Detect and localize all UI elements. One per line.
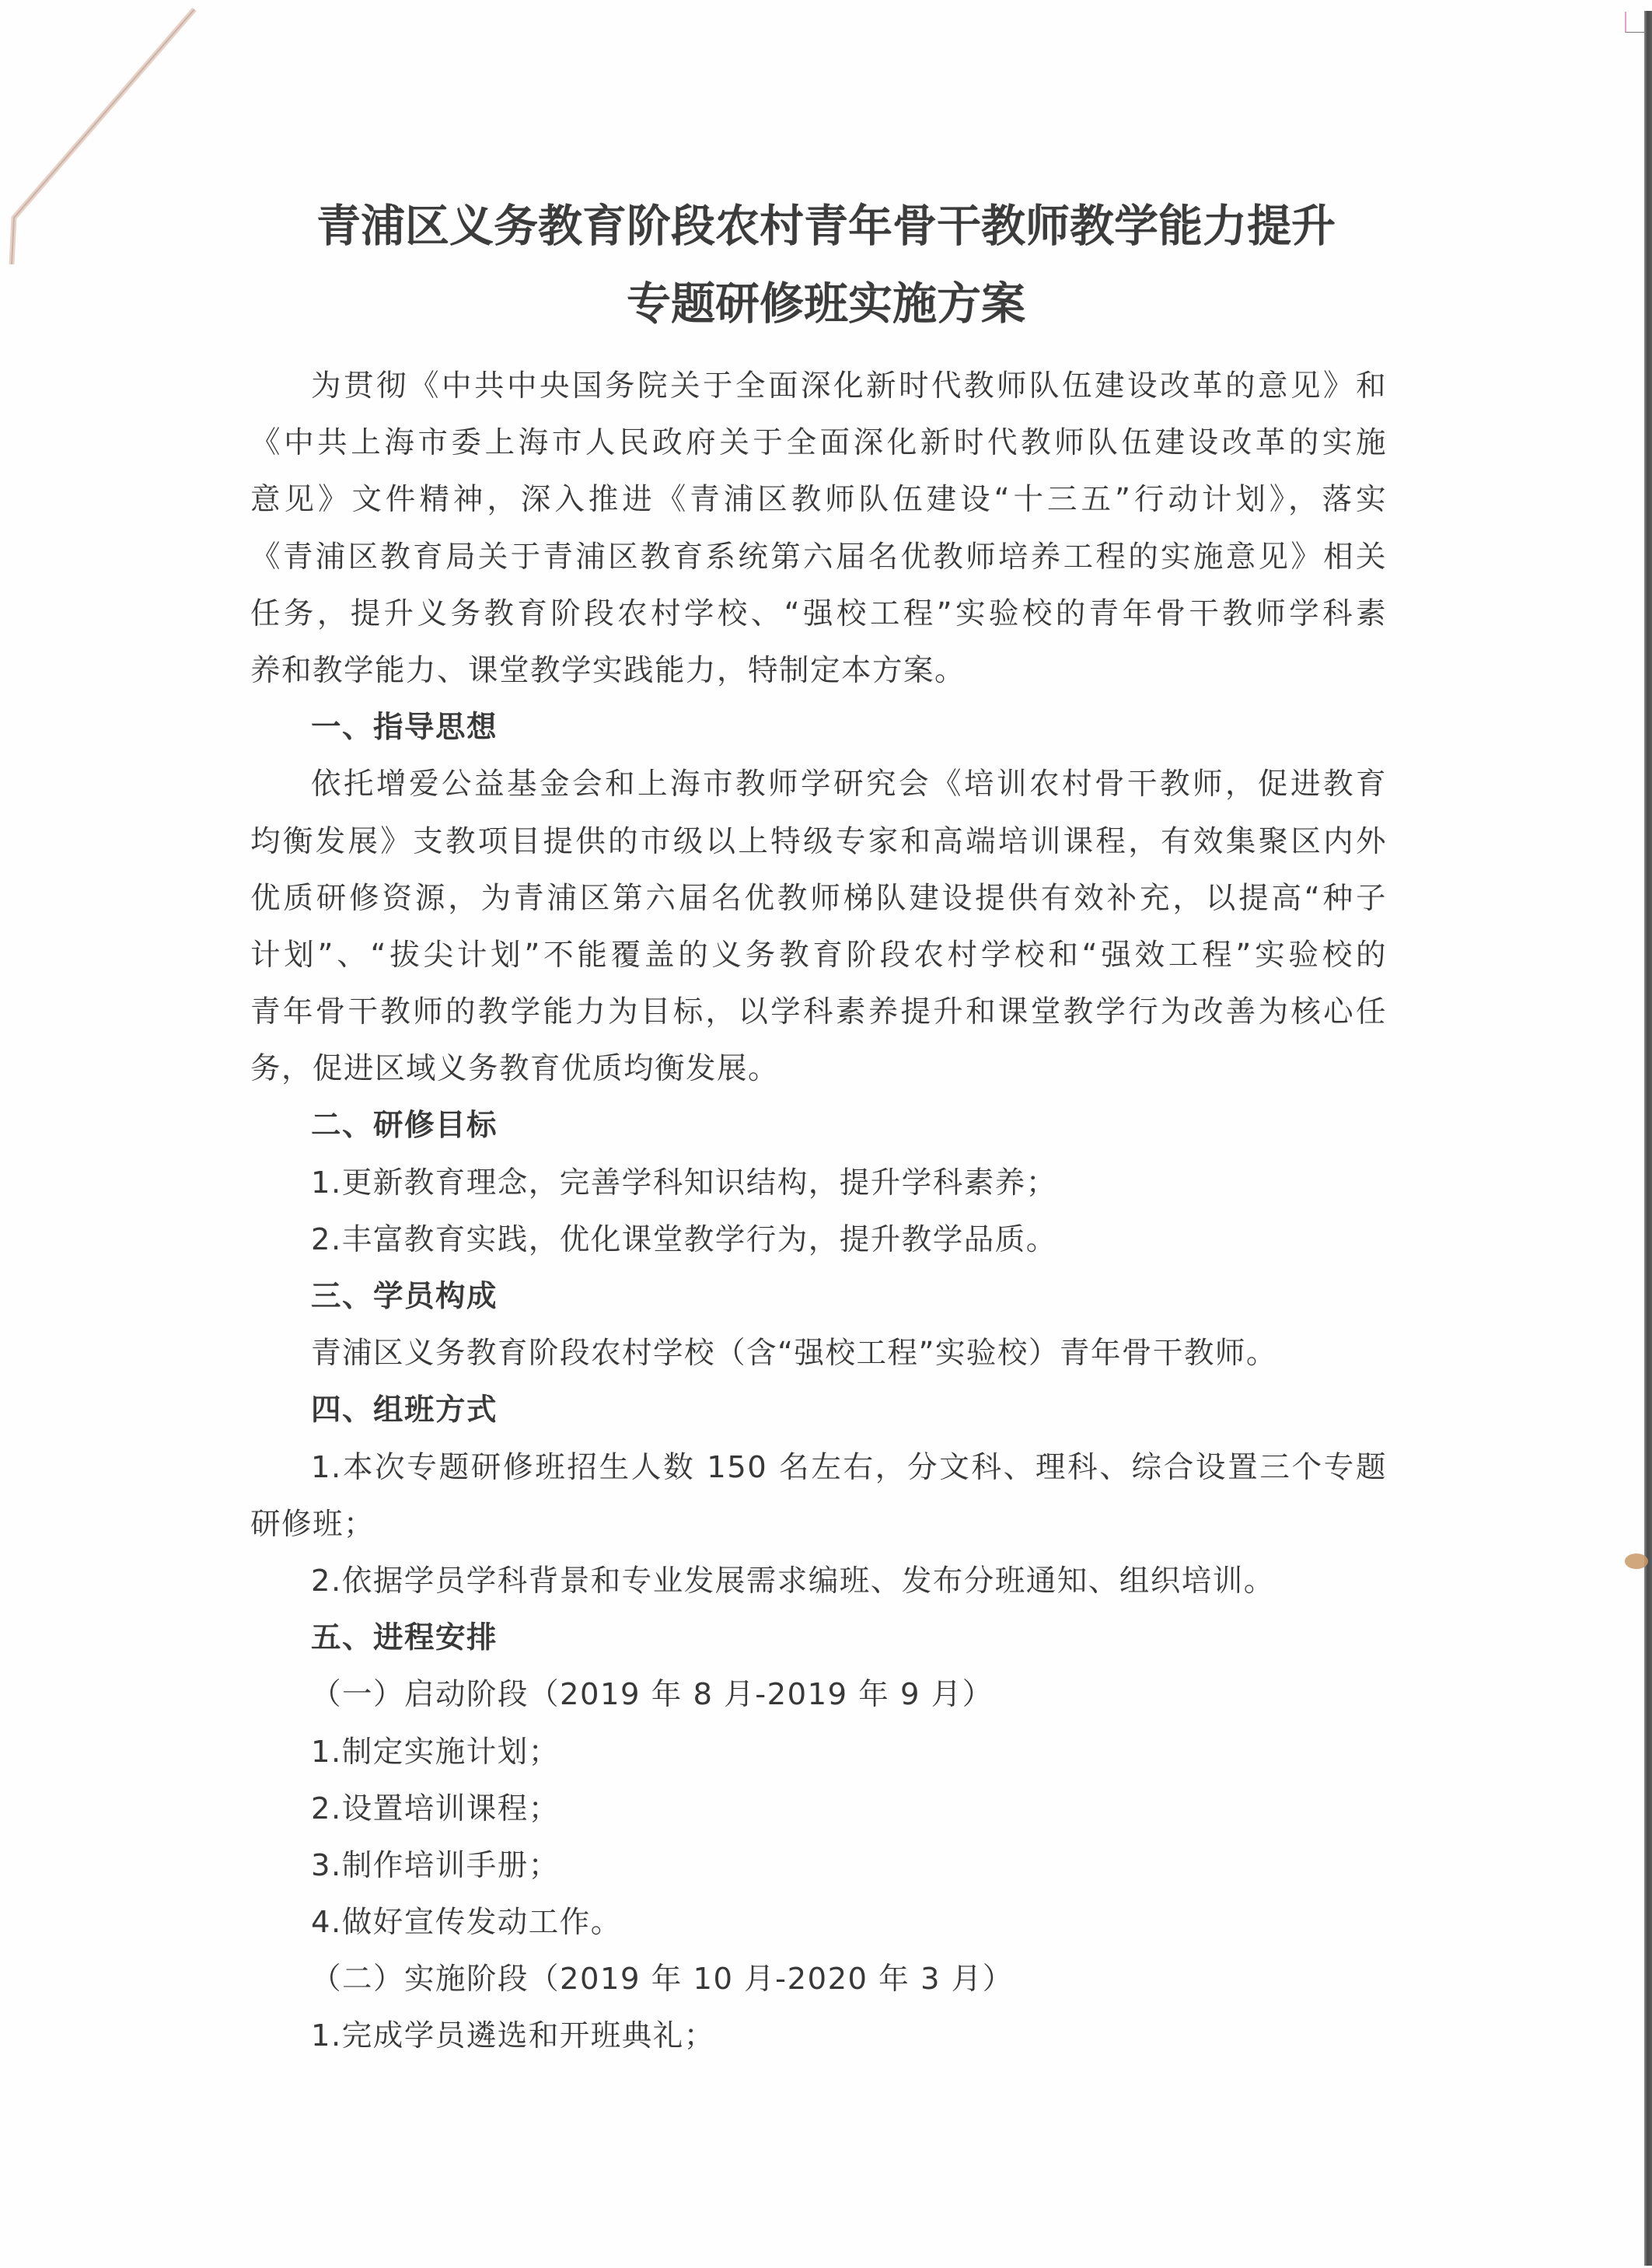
body-text-line: 任务，提升义务教育阶段农村学校、“强校工程”实验校的青年骨干教师学科素: [250, 585, 1387, 642]
body-text-line: 《中共上海市委上海市人民政府关于全面深化新时代教师队伍建设改革的实施: [250, 414, 1387, 471]
section-heading: 五、进程安排: [250, 1609, 1387, 1666]
body-text-line: 青年骨干教师的教学能力为目标，以学科素养提升和课堂教学行为改善为核心任: [250, 984, 1387, 1040]
section-heading: 一、指导思想: [250, 699, 1387, 756]
body-text-line: 为贯彻《中共中央国务院关于全面深化新时代教师队伍建设改革的意见》和: [250, 358, 1387, 414]
body-text-line: 3.制作培训手册；: [250, 1837, 1387, 1894]
body-text-line: 2.设置培训课程；: [250, 1781, 1387, 1837]
document-title-line-2: 专题研修班实施方案: [0, 268, 1652, 332]
body-text-line: 计划”、“拔尖计划”不能覆盖的义务教育阶段农村学校和“强效工程”实验校的: [250, 927, 1387, 984]
body-text-line: 优质研修资源，为青浦区第六届名优教师梯队建设提供有效补充，以提高“种子: [250, 870, 1387, 927]
body-text-line: 1.完成学员遴选和开班典礼；: [250, 2008, 1387, 2064]
body-text-line: 意见》文件精神，深入推进《青浦区教师队伍建设“十三五”行动计划》，落实: [250, 471, 1387, 528]
body-text-line: 依托增爱公益基金会和上海市教师学研究会《培训农村骨干教师，促进教育: [250, 756, 1387, 812]
body-text-line: 1.更新教育理念，完善学科知识结构，提升学科素养；: [250, 1155, 1387, 1211]
document-title-line-1: 青浦区义务教育阶段农村青年骨干教师教学能力提升: [0, 190, 1652, 254]
section-heading: 三、学员构成: [250, 1268, 1387, 1325]
body-text-line: 2.依据学员学科背景和专业发展需求编班、发布分班通知、组织培训。: [250, 1553, 1387, 1609]
body-text-line: 研修班；: [250, 1496, 1387, 1553]
body-text-line: （一）启动阶段（2019 年 8 月-2019 年 9 月）: [250, 1666, 1387, 1723]
scan-page-edge: [1644, 11, 1652, 2266]
document-body: 为贯彻《中共中央国务院关于全面深化新时代教师队伍建设改革的意见》和《中共上海市委…: [250, 358, 1387, 2065]
body-text-line: 务，促进区域义务教育优质均衡发展。: [250, 1040, 1387, 1097]
body-text-line: 1.制定实施计划；: [250, 1724, 1387, 1781]
scan-corner-mark: [1625, 12, 1645, 33]
section-heading: 四、组班方式: [250, 1382, 1387, 1438]
body-text-line: 4.做好宣传发动工作。: [250, 1894, 1387, 1951]
body-text-line: 均衡发展》支教项目提供的市级以上特级专家和高端培训课程，有效集聚区内外: [250, 813, 1387, 870]
section-heading: 二、研修目标: [250, 1097, 1387, 1154]
paper-stain: [1625, 1553, 1648, 1569]
body-text-line: （二）实施阶段（2019 年 10 月-2020 年 3 月）: [250, 1951, 1387, 2008]
body-text-line: 青浦区义务教育阶段农村学校（含“强校工程”实验校）青年骨干教师。: [250, 1325, 1387, 1382]
body-text-line: 2.丰富教育实践，优化课堂教学行为，提升教学品质。: [250, 1211, 1387, 1268]
body-text-line: 1.本次专题研修班招生人数 150 名左右，分文科、理科、综合设置三个专题: [250, 1439, 1387, 1496]
body-text-line: 养和教学能力、课堂教学实践能力，特制定本方案。: [250, 642, 1387, 699]
body-text-line: 《青浦区教育局关于青浦区教育系统第六届名优教师培养工程的实施意见》相关: [250, 529, 1387, 585]
